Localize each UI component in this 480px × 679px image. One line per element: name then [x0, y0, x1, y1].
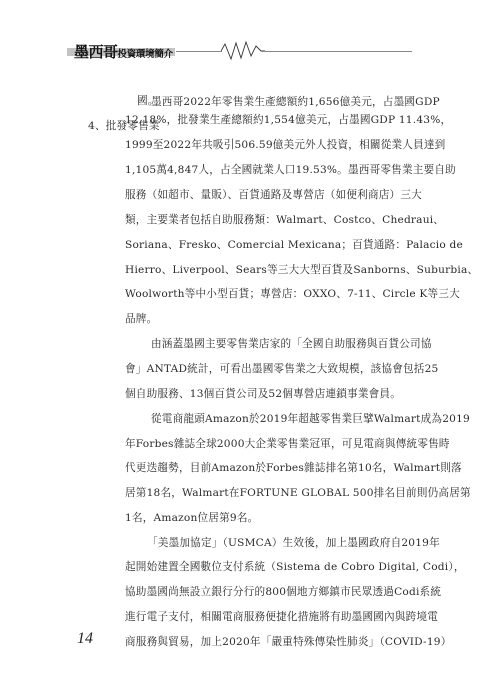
body-line: 1,105萬4,847人，占全國就業人口19.53%。墨西哥零售業主要自助	[125, 163, 456, 177]
body-line: 會」ANTAD統計，可看出墨國零售業之大致規模，該協會包括25	[125, 362, 438, 376]
body-line: Hierro、Liverpool、Sears等三大大型百貨及Sanborns、S…	[125, 263, 478, 277]
body-line: 墨西哥2022年零售業生產總額約1,656億美元，占墨國GDP	[151, 95, 440, 109]
header-title-small: 投資環境簡介	[118, 49, 173, 60]
page-number: 14	[77, 630, 93, 648]
body-line: 協助墨國尚無設立銀行分行的800個地方鄉鎮市民眾透過Codi系統	[125, 585, 441, 599]
body-line: Soriana、Fresko、Comercial Mexicana；百貨通路：P…	[125, 238, 463, 252]
body-line: 居第18名，Walmart在FORTUNE GLOBAL 500排名目前則仍高居…	[125, 486, 471, 500]
running-header: 墨西哥投資環境簡介	[66, 40, 414, 60]
zigzag-pulse-icon	[221, 40, 265, 64]
body-line: 1999至2022年共吸引506.59億美元外人投資，相關從業人員達到	[125, 138, 445, 152]
body-line: 類，主要業者包括自助服務類：Walmart、Costco、Chedraui、	[125, 213, 444, 227]
body-line: 品牌。	[125, 312, 157, 326]
body-line: 年Forbes雜誌全球2000大企業零售業冠軍，可見電商與傳統零售時	[125, 437, 450, 451]
body-line: 代更迭趨勢，目前Amazon於Forbes雜誌排名第10名，Walmart則落	[125, 461, 462, 475]
body-line: Woolworth等中小型百貨；專營店：OXXO、7-11、Circle K等三…	[125, 287, 460, 301]
header-title-large: 墨西哥	[74, 43, 118, 61]
header-title: 墨西哥投資環境簡介	[74, 41, 173, 62]
body-line: 1名，Amazon位居第9名。	[125, 511, 258, 525]
body-line: 從電商龍頭Amazon於2019年超越零售業巨擘Walmart成為2019	[151, 412, 470, 426]
body-line: 進行電子支付，相關電商服務便捷化措施將有助墨國國內與跨境電	[125, 610, 438, 624]
body-line: 個自助服務、13個百貨公司及52個專營店連鎖事業會員。	[125, 387, 401, 401]
header-rule-left	[176, 51, 222, 52]
body-line: 起開始建置全國數位支付系統（Sistema de Cobro Digital, …	[125, 560, 465, 574]
body-line: 12.18%，批發業生產總額約1,554億美元，占墨國GDP 11.43%，	[125, 113, 451, 127]
body-line: 服務（如超市、量販）、百貨通路及專營店（如便利商店）三大	[125, 188, 422, 202]
body-line: 「美墨加協定」（USMCA）生效後，加上墨國政府自2019年	[147, 536, 440, 550]
body-line: 商服務與貿易，加上2020年「嚴重特殊傳染性肺炎」（COVID-19）	[125, 635, 452, 649]
header-rule-right	[262, 51, 412, 52]
body-line: 由涵蓋墨國主要零售業店家的「全國自助服務與百貨公司協	[151, 337, 432, 351]
